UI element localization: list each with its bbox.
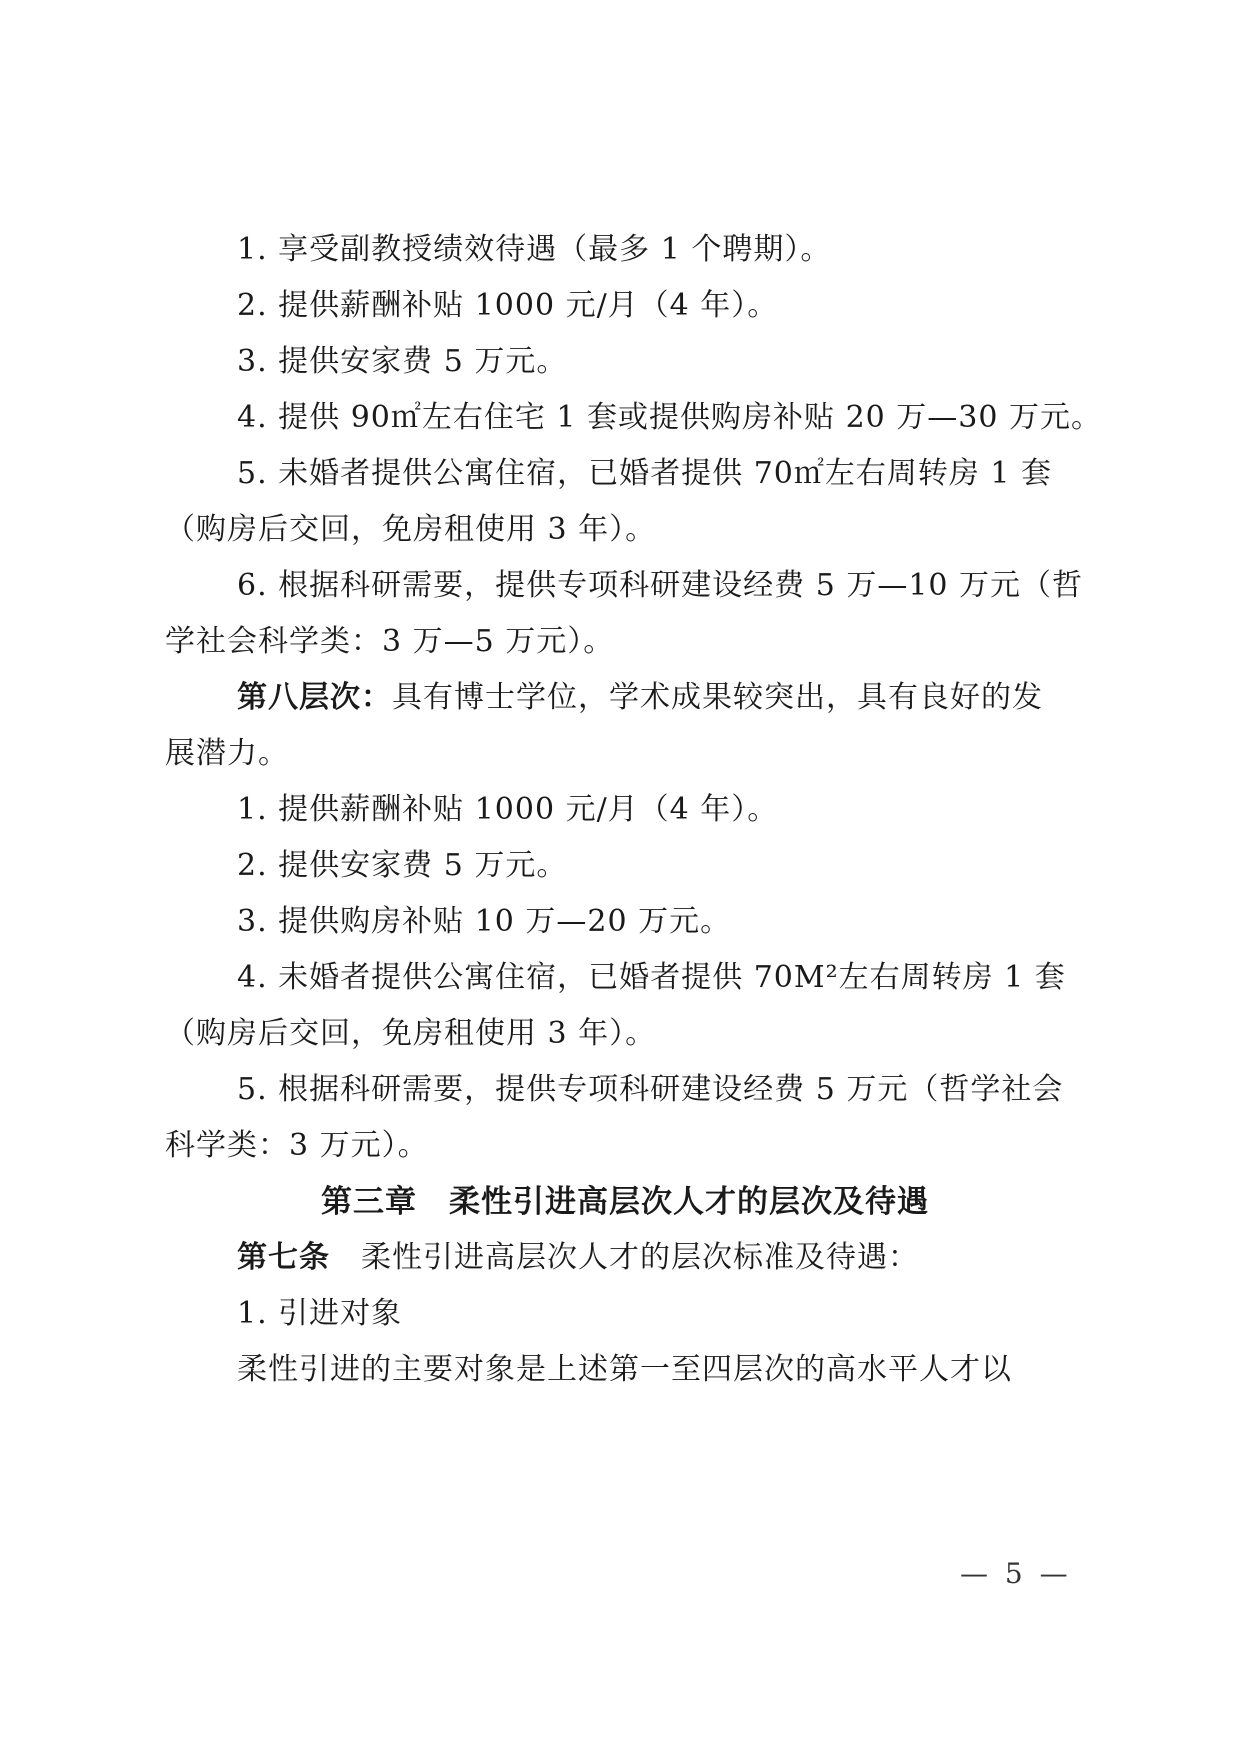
benefit-item: 5. 未婚者提供公寓住宿，已婚者提供 70㎡左右周转房 1 套	[237, 446, 1052, 502]
article-text: 柔性引进高层次人才的层次标准及待遇：	[330, 1240, 919, 1275]
benefit-item: 2. 提供安家费 5 万元。	[237, 838, 567, 894]
page-number: — 5 —	[960, 1557, 1072, 1590]
benefit-item: 3. 提供购房补贴 10 万—20 万元。	[237, 894, 731, 950]
benefit-item: 3. 提供安家费 5 万元。	[237, 334, 567, 390]
benefit-item: 1. 享受副教授绩效待遇（最多 1 个聘期）。	[237, 222, 831, 278]
benefit-item: 5. 根据科研需要，提供专项科研建设经费 5 万元（哲学社会	[237, 1062, 1063, 1118]
subheading: 1. 引进对象	[237, 1286, 402, 1342]
benefit-item: 1. 提供薪酬补贴 1000 元/月（4 年）。	[237, 782, 778, 838]
benefit-item: 4. 提供 90㎡左右住宅 1 套或提供购房补贴 20 万—30 万元。	[237, 390, 1102, 446]
level-description: 具有博士学位，学术成果较突出，具有良好的发	[392, 680, 1043, 715]
chapter-title: 第三章 柔性引进高层次人才的层次及待遇	[165, 1174, 1085, 1230]
level-description-continuation: 展潜力。	[165, 726, 289, 782]
level-heading: 第八层次：具有博士学位，学术成果较突出，具有良好的发	[237, 670, 1043, 726]
benefit-item: 4. 未婚者提供公寓住宿，已婚者提供 70M²左右周转房 1 套	[237, 950, 1066, 1006]
article-label: 第七条	[237, 1240, 330, 1275]
level-label: 第八层次：	[237, 680, 392, 715]
benefit-item-continuation: 科学类：3 万元）。	[165, 1118, 429, 1174]
article-heading: 第七条 柔性引进高层次人才的层次标准及待遇：	[237, 1230, 919, 1286]
benefit-item-continuation: 学社会科学类：3 万—5 万元）。	[165, 614, 614, 670]
benefit-item: 6. 根据科研需要，提供专项科研建设经费 5 万—10 万元（哲	[237, 558, 1083, 614]
paragraph-line: 柔性引进的主要对象是上述第一至四层次的高水平人才以	[237, 1342, 1012, 1398]
benefit-item: 2. 提供薪酬补贴 1000 元/月（4 年）。	[237, 278, 778, 334]
benefit-item-continuation: （购房后交回，免房租使用 3 年）。	[165, 1006, 656, 1062]
benefit-item-continuation: （购房后交回，免房租使用 3 年）。	[165, 502, 656, 558]
